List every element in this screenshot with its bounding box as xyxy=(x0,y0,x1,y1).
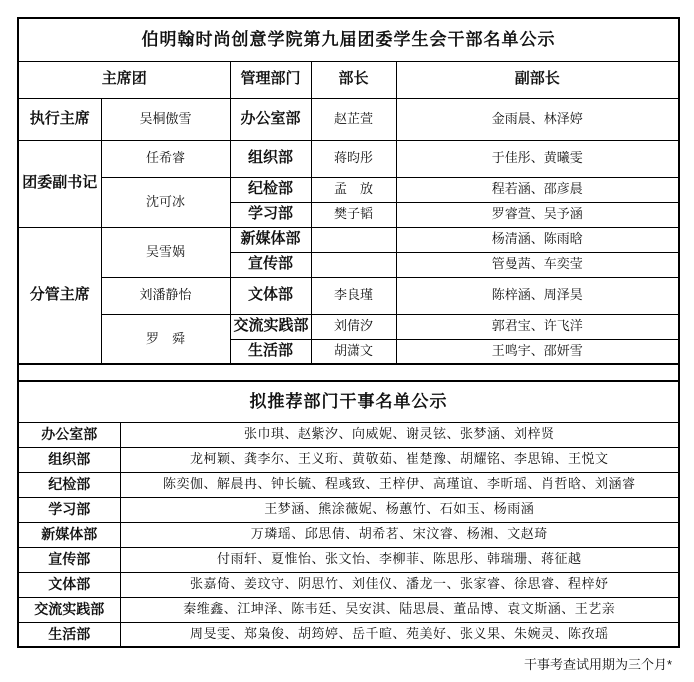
dept-label-cell: 生活部 xyxy=(18,622,120,647)
announcement-sheet: 伯明翰时尚创意学院第九届团委学生会干部名单公示 主席团 管理部门 部长 副部长 … xyxy=(17,17,680,673)
table-row: 团委副书记 任希睿 组织部 蒋昀彤 于佳彤、黄曦雯 xyxy=(18,140,679,177)
recommend-table-title: 拟推荐部门干事名单公示 xyxy=(18,381,679,422)
table-row: 交流实践部 秦维鑫、江坤泽、陈韦廷、吴安淇、陆思晨、董品博、袁文斯涵、王艺亲 xyxy=(18,597,679,622)
members-cell: 万璘瑶、邱思倩、胡希茗、宋汶睿、杨湘、文赵琦 xyxy=(120,522,679,547)
table-row: 组织部 龙柯颖、龚李尔、王义珩、黄敬茹、崔楚豫、胡耀铭、李思锦、王悦文 xyxy=(18,447,679,472)
table-gap xyxy=(17,365,680,380)
minister-cell: 蒋昀彤 xyxy=(311,140,396,177)
table-row: 分管主席 吴雪娲 新媒体部 杨清涵、陈雨晗 xyxy=(18,227,679,252)
dept-cell: 学习部 xyxy=(230,202,311,227)
recommend-table: 拟推荐部门干事名单公示 办公室部 张巾琪、赵紫汐、向威妮、谢灵铉、张梦涵、刘梓贤… xyxy=(17,380,680,648)
dept-label-cell: 组织部 xyxy=(18,447,120,472)
members-cell: 龙柯颖、龚李尔、王义珩、黄敬茹、崔楚豫、胡耀铭、李思锦、王悦文 xyxy=(120,447,679,472)
dept-cell: 交流实践部 xyxy=(230,314,311,339)
dept-label-cell: 纪检部 xyxy=(18,472,120,497)
presidium-name-cell: 吴雪娲 xyxy=(101,227,230,277)
presidium-name-cell: 刘潘静怡 xyxy=(101,277,230,314)
members-cell: 张嘉倚、姜玟守、阴思竹、刘佳仪、潘龙一、张家睿、徐思睿、程梓妤 xyxy=(120,572,679,597)
vice-minister-cell: 管曼茜、车奕莹 xyxy=(396,252,679,277)
table-row: 沈可冰 纪检部 孟 放 程若涵、邵彦晨 xyxy=(18,177,679,202)
vice-minister-cell: 王鸣宇、邵妍雪 xyxy=(396,339,679,364)
presidium-name-cell: 吴桐傲雪 xyxy=(101,98,230,140)
dept-cell: 生活部 xyxy=(230,339,311,364)
column-header-minister: 部长 xyxy=(311,61,396,98)
column-header-dept: 管理部门 xyxy=(230,61,311,98)
members-cell: 陈奕伽、解晨冉、钟长毓、程彧致、王梓伊、高瑾谊、李昕瑶、肖哲晗、刘涵睿 xyxy=(120,472,679,497)
role-cell: 执行主席 xyxy=(18,98,101,140)
members-cell: 秦维鑫、江坤泽、陈韦廷、吴安淇、陆思晨、董品博、袁文斯涵、王艺亲 xyxy=(120,597,679,622)
dept-label-cell: 文体部 xyxy=(18,572,120,597)
minister-cell xyxy=(311,252,396,277)
table-row: 文体部 张嘉倚、姜玟守、阴思竹、刘佳仪、潘龙一、张家睿、徐思睿、程梓妤 xyxy=(18,572,679,597)
table-row: 刘潘静怡 文体部 李良瑾 陈梓涵、周泽昊 xyxy=(18,277,679,314)
column-header-presidium: 主席团 xyxy=(18,61,230,98)
dept-cell: 纪检部 xyxy=(230,177,311,202)
vice-minister-cell: 金雨晨、林泽婷 xyxy=(396,98,679,140)
dept-label-cell: 新媒体部 xyxy=(18,522,120,547)
column-header-vice-minister: 副部长 xyxy=(396,61,679,98)
dept-label-cell: 办公室部 xyxy=(18,422,120,447)
minister-cell: 樊子韬 xyxy=(311,202,396,227)
dept-cell: 新媒体部 xyxy=(230,227,311,252)
vice-minister-cell: 杨清涵、陈雨晗 xyxy=(396,227,679,252)
table-row: 新媒体部 万璘瑶、邱思倩、胡希茗、宋汶睿、杨湘、文赵琦 xyxy=(18,522,679,547)
table-row: 宣传部 付雨轩、夏惟怡、张文怡、李柳菲、陈思彤、韩瑞珊、蒋征越 xyxy=(18,547,679,572)
members-cell: 周旻雯、郑枭俊、胡筠婷、岳千暄、苑美好、张义果、朱婉灵、陈孜瑶 xyxy=(120,622,679,647)
table-row: 学习部 王梦涵、熊涂薇妮、杨蕙竹、石如玉、杨雨涵 xyxy=(18,497,679,522)
table-row: 办公室部 张巾琪、赵紫汐、向威妮、谢灵铉、张梦涵、刘梓贤 xyxy=(18,422,679,447)
members-cell: 张巾琪、赵紫汐、向威妮、谢灵铉、张梦涵、刘梓贤 xyxy=(120,422,679,447)
footer-note: 干事考查试用期为三个月* xyxy=(17,654,680,673)
role-cell: 分管主席 xyxy=(18,227,101,364)
presidium-name-cell: 沈可冰 xyxy=(101,177,230,227)
minister-cell: 李良瑾 xyxy=(311,277,396,314)
cadre-table: 伯明翰时尚创意学院第九届团委学生会干部名单公示 主席团 管理部门 部长 副部长 … xyxy=(17,17,680,365)
role-cell: 团委副书记 xyxy=(18,140,101,227)
presidium-name-cell: 任希睿 xyxy=(101,140,230,177)
minister-cell: 胡潇文 xyxy=(311,339,396,364)
table-row: 罗 舜 交流实践部 刘倩汐 郭君宝、许飞洋 xyxy=(18,314,679,339)
members-cell: 王梦涵、熊涂薇妮、杨蕙竹、石如玉、杨雨涵 xyxy=(120,497,679,522)
dept-cell: 宣传部 xyxy=(230,252,311,277)
dept-label-cell: 学习部 xyxy=(18,497,120,522)
dept-label-cell: 宣传部 xyxy=(18,547,120,572)
cadre-table-title: 伯明翰时尚创意学院第九届团委学生会干部名单公示 xyxy=(18,18,679,61)
dept-cell: 办公室部 xyxy=(230,98,311,140)
table-row: 执行主席 吴桐傲雪 办公室部 赵芷萱 金雨晨、林泽婷 xyxy=(18,98,679,140)
dept-label-cell: 交流实践部 xyxy=(18,597,120,622)
vice-minister-cell: 罗睿萱、吴予涵 xyxy=(396,202,679,227)
presidium-name-cell: 罗 舜 xyxy=(101,314,230,364)
vice-minister-cell: 程若涵、邵彦晨 xyxy=(396,177,679,202)
table-row: 生活部 周旻雯、郑枭俊、胡筠婷、岳千暄、苑美好、张义果、朱婉灵、陈孜瑶 xyxy=(18,622,679,647)
minister-cell: 孟 放 xyxy=(311,177,396,202)
dept-cell: 文体部 xyxy=(230,277,311,314)
vice-minister-cell: 郭君宝、许飞洋 xyxy=(396,314,679,339)
dept-cell: 组织部 xyxy=(230,140,311,177)
minister-cell: 刘倩汐 xyxy=(311,314,396,339)
members-cell: 付雨轩、夏惟怡、张文怡、李柳菲、陈思彤、韩瑞珊、蒋征越 xyxy=(120,547,679,572)
table-row: 纪检部 陈奕伽、解晨冉、钟长毓、程彧致、王梓伊、高瑾谊、李昕瑶、肖哲晗、刘涵睿 xyxy=(18,472,679,497)
minister-cell: 赵芷萱 xyxy=(311,98,396,140)
vice-minister-cell: 于佳彤、黄曦雯 xyxy=(396,140,679,177)
minister-cell xyxy=(311,227,396,252)
vice-minister-cell: 陈梓涵、周泽昊 xyxy=(396,277,679,314)
